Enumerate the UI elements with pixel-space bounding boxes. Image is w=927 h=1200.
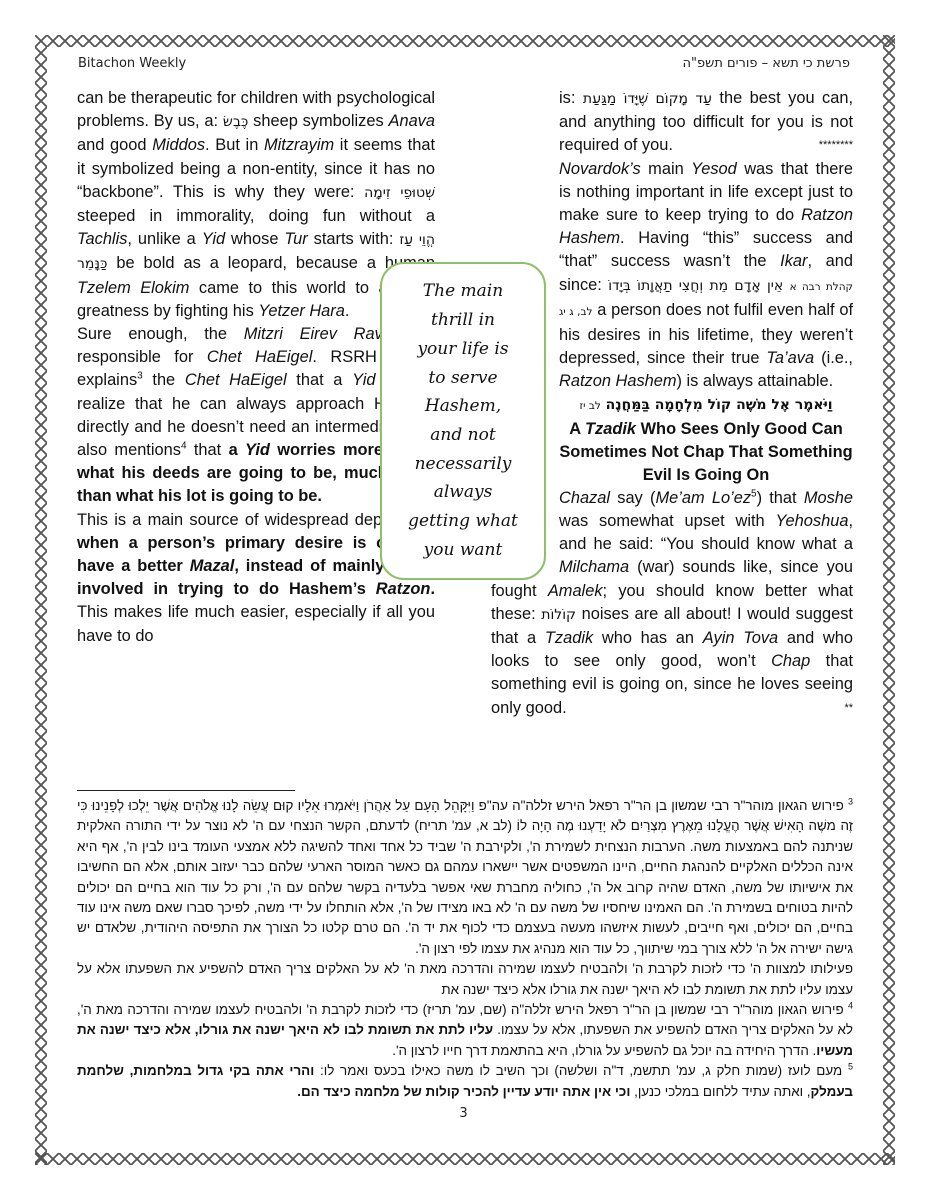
section-divider-stars: ********: [819, 134, 853, 157]
page-header: Bitachon Weekly פרשת כי תשא – פורים תשפ"…: [78, 56, 850, 76]
decorative-border-left: [35, 35, 47, 1165]
footnotes: 3 פירוש הגאון מוהר"ר רבי שמשון בן הר"ר ר…: [77, 796, 853, 1102]
hebrew-quote: אֵין אָדָם מֵת וְחֲצִי תַאֲוָתוֹ בְּיָדו…: [608, 278, 783, 294]
footnote-4: 4 פירוש הגאון מוהר"ר רבי שמשון בן הר"ר ר…: [77, 1000, 853, 1061]
page-number: 3: [0, 1106, 927, 1121]
footnote-3-continued: פעילותו למצוות ה' כדי לזכות לקרבת ה' ולה…: [77, 959, 853, 1000]
footnote-separator: [77, 790, 295, 791]
hebrew-term: קוֹלוֹת: [541, 607, 576, 623]
hebrew-term: עַד מָקוֹם שֶׁיָּדוֹ מַגַּעַת: [583, 91, 712, 107]
right-column: is: עַד מָקוֹם שֶׁיָּדוֹ מַגַּעַת the be…: [491, 87, 853, 720]
decorative-border-bottom: [35, 1153, 895, 1165]
publication-title: Bitachon Weekly: [78, 56, 186, 71]
footnote-5: 5 מעם לועז (שמות חלק ג, עמ' תתשמ, ד"ה וש…: [77, 1061, 853, 1102]
footnote-3: 3 פירוש הגאון מוהר"ר רבי שמשון בן הר"ר ר…: [77, 796, 853, 959]
right-paragraph-1: is: עַד מָקוֹם שֶׁיָּדוֹ מַגַּעַת the be…: [491, 87, 853, 158]
hebrew-term: כֶּבֶשׂ: [223, 114, 248, 130]
decorative-border-top: [35, 35, 895, 47]
hebrew-term: שְׁטוּפֵי זִימָה: [364, 185, 435, 201]
pull-quote-wrap-spacer: [491, 250, 559, 575]
section-divider-stars: **: [844, 697, 853, 720]
parsha-title: פרשת כי תשא – פורים תשפ"ה: [683, 56, 850, 71]
decorative-border-right: [883, 35, 895, 1165]
